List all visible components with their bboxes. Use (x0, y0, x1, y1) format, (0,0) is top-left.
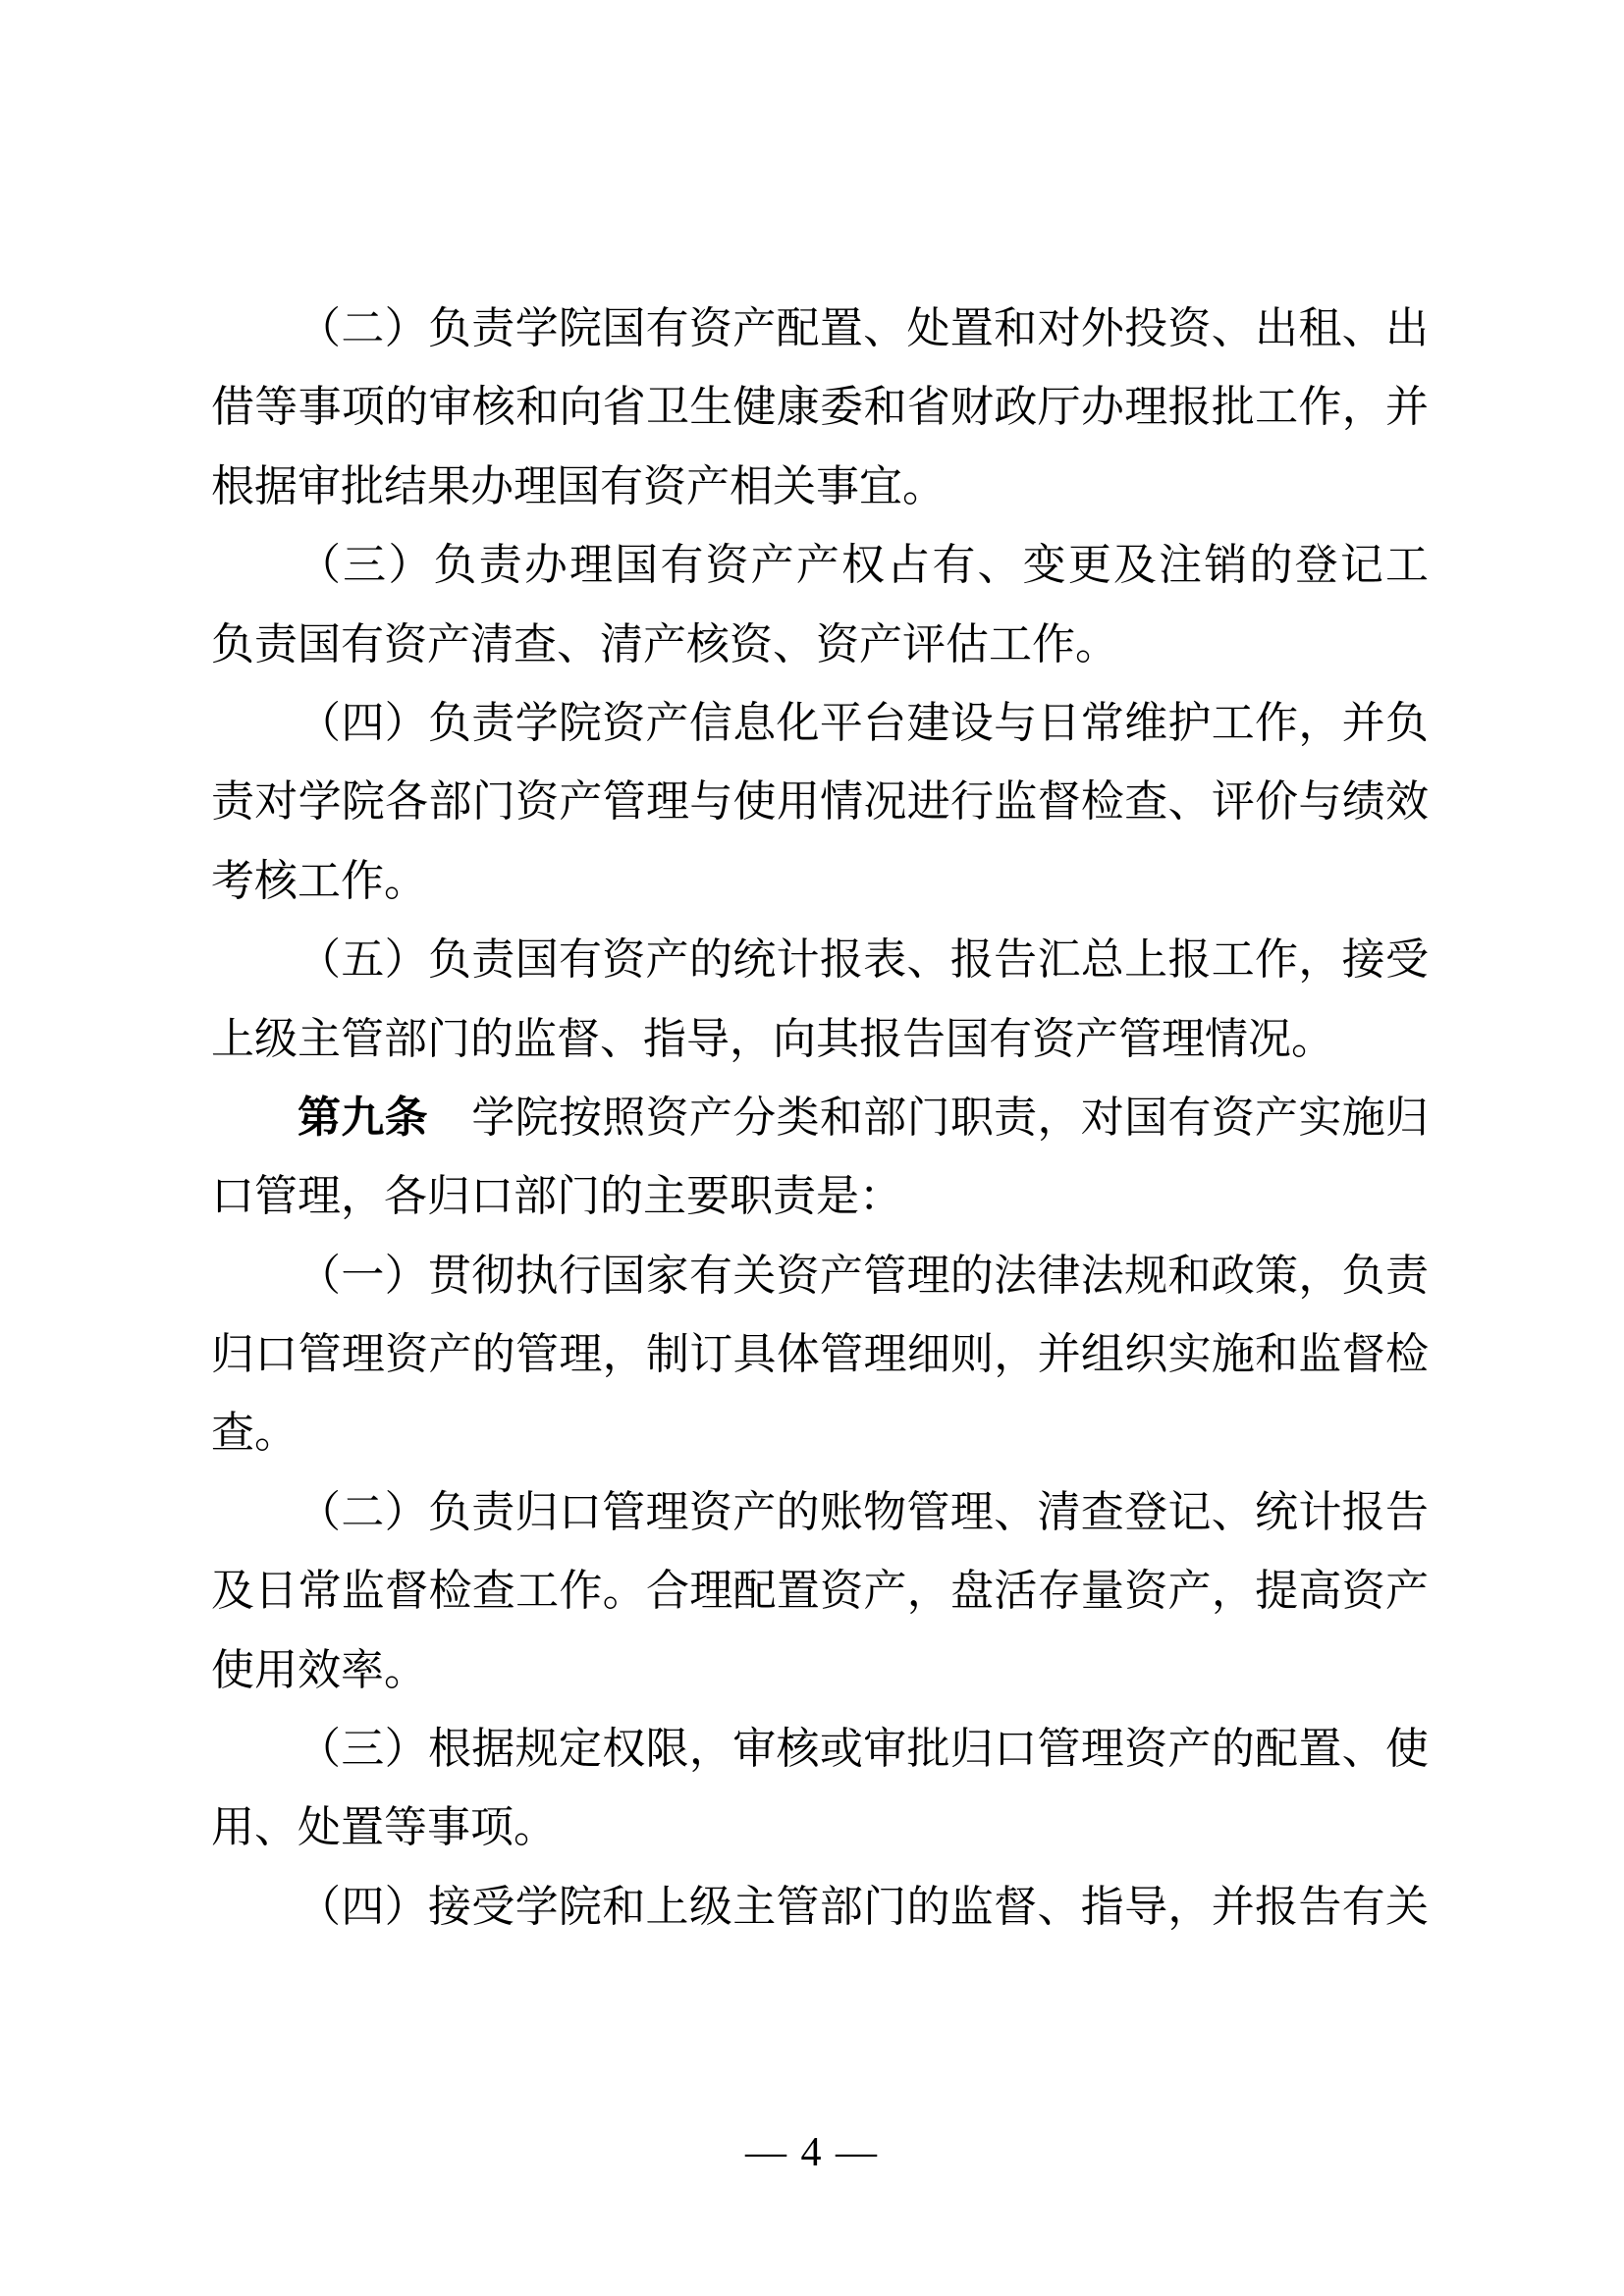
document-page: （二）负责学院国有资产配置、处置和对外投资、出租、出借等事项的审核和向省卫生健康… (0, 0, 1624, 2296)
text-line: 第九条 学院按照资产分类和部门职责，对国有资产实施归 (211, 1079, 1429, 1157)
text-line: 及日常监督检查工作。合理配置资产，盘活存量资产，提高资产 (211, 1552, 1429, 1630)
text-line: 借等事项的审核和向省卫生健康委和省财政厅办理报批工作，并 (211, 368, 1429, 447)
text-line: （三）负责办理国有资产产权占有、变更及注销的登记工作， (211, 526, 1429, 605)
text-line: （五）负责国有资产的统计报表、报告汇总上报工作，接受 (211, 921, 1429, 999)
text-line: 查。 (211, 1394, 1429, 1472)
document-body: （二）负责学院国有资产配置、处置和对外投资、出租、出借等事项的审核和向省卫生健康… (211, 290, 1429, 1947)
text-line: （二）负责归口管理资产的账物管理、清查登记、统计报告 (211, 1473, 1429, 1552)
text-line: 考核工作。 (211, 842, 1429, 921)
text-line: （一）贯彻执行国家有关资产管理的法律法规和政策，负责 (211, 1237, 1429, 1315)
text-line: 上级主管部门的监督、指导，向其报告国有资产管理情况。 (211, 1000, 1429, 1079)
page-number: — 4 — (0, 2128, 1624, 2177)
text-line: 根据审批结果办理国有资产相关事宜。 (211, 448, 1429, 526)
text-line: （四）负责学院资产信息化平台建设与日常维护工作，并负 (211, 684, 1429, 763)
text-line: 用、处置等事项。 (211, 1789, 1429, 1867)
text-line: 负责国有资产清查、清产核资、资产评估工作。 (211, 606, 1429, 684)
article-number: 第九条 (298, 1094, 428, 1142)
text-line: （四）接受学院和上级主管部门的监督、指导，并报告有关 (211, 1868, 1429, 1947)
text-line: 口管理，各归口部门的主要职责是： (211, 1157, 1429, 1236)
text-line: （二）负责学院国有资产配置、处置和对外投资、出租、出 (211, 290, 1429, 368)
text-line: 使用效率。 (211, 1631, 1429, 1710)
text-line: 归口管理资产的管理，制订具体管理细则，并组织实施和监督检 (211, 1315, 1429, 1394)
text-line: 责对学院各部门资产管理与使用情况进行监督检查、评价与绩效 (211, 763, 1429, 841)
text-line: （三）根据规定权限，审核或审批归口管理资产的配置、使 (211, 1710, 1429, 1789)
